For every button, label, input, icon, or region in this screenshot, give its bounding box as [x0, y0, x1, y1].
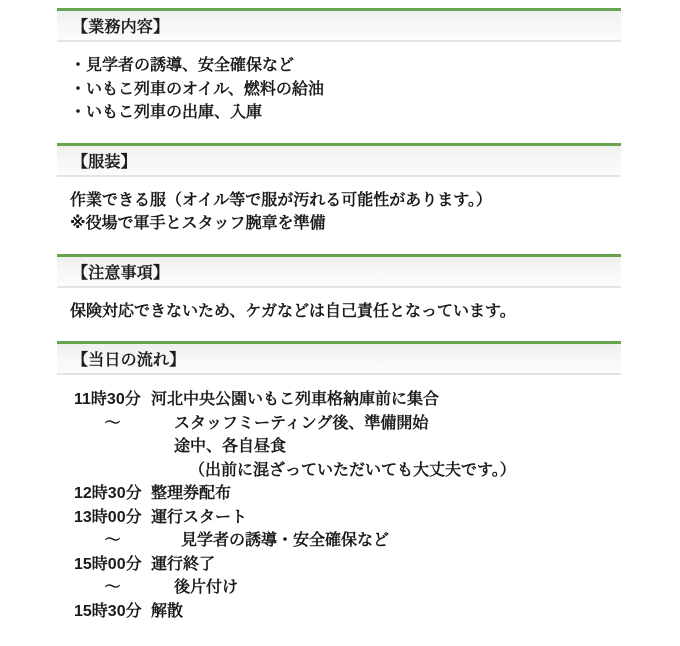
schedule-text: （出前に混ざっていただいても大丈夫です。） — [189, 459, 516, 483]
section-schedule-header: 【当日の流れ】 — [57, 341, 621, 375]
schedule-text: 運行終了 — [151, 553, 215, 577]
schedule-text: 解散 — [151, 600, 183, 624]
schedule-row: 11時30分 河北中央公園いもこ列車格納庫前に集合 — [74, 388, 621, 412]
schedule-row: 15時30分 解散 — [74, 600, 621, 624]
schedule-row: ～ 見学者の誘導・安全確保など — [74, 529, 621, 553]
schedule-time — [74, 459, 151, 483]
schedule-row: 12時30分 整理券配布 — [74, 482, 621, 506]
section-duties-body: ・見学者の誘導、安全確保など ・いもこ列車のオイル、燃料の給油 ・いもこ列車の出… — [57, 42, 621, 143]
section-clothing-header: 【服装】 — [57, 143, 621, 177]
section-clothing: 【服装】 作業できる服（オイル等で服が汚れる可能性があります。） ※役場で軍手と… — [57, 143, 621, 254]
schedule-row: 途中、各自昼食 — [74, 435, 621, 459]
section-cautions-header: 【注意事項】 — [57, 254, 621, 288]
section-cautions: 【注意事項】 保険対応できないため、ケガなどは自己責任となっています。 — [57, 254, 621, 342]
schedule-time: ～ — [74, 529, 151, 553]
section-duties: 【業務内容】 ・見学者の誘導、安全確保など ・いもこ列車のオイル、燃料の給油 ・… — [57, 8, 621, 143]
schedule-time: 15時00分 — [74, 553, 151, 577]
body-line: 保険対応できないため、ケガなどは自己責任となっています。 — [70, 300, 621, 324]
schedule-text: 運行スタート — [151, 506, 247, 530]
schedule-text: 途中、各自昼食 — [174, 435, 286, 459]
section-schedule: 【当日の流れ】 11時30分 河北中央公園いもこ列車格納庫前に集合 ～ スタッフ… — [57, 341, 621, 646]
section-schedule-body: 11時30分 河北中央公園いもこ列車格納庫前に集合 ～ スタッフミーティング後、… — [57, 375, 621, 646]
schedule-row: （出前に混ざっていただいても大丈夫です。） — [74, 459, 621, 483]
schedule-time: 12時30分 — [74, 482, 151, 506]
section-title: 【当日の流れ】 — [72, 347, 185, 370]
schedule-row: 15時00分 運行終了 — [74, 553, 621, 577]
section-title: 【服装】 — [72, 149, 137, 172]
section-title: 【業務内容】 — [72, 14, 169, 37]
schedule-time: ～ — [74, 412, 151, 436]
bullet-item: ・いもこ列車のオイル、燃料の給油 — [70, 78, 621, 102]
page: 【業務内容】 ・見学者の誘導、安全確保など ・いもこ列車のオイル、燃料の給油 ・… — [0, 0, 621, 646]
body-line: 作業できる服（オイル等で服が汚れる可能性があります。） — [70, 189, 621, 213]
section-clothing-body: 作業できる服（オイル等で服が汚れる可能性があります。） ※役場で軍手とスタッフ腕… — [57, 177, 621, 254]
schedule-time: 15時30分 — [74, 600, 151, 624]
schedule-time: ～ — [74, 576, 151, 600]
schedule-text: 河北中央公園いもこ列車格納庫前に集合 — [151, 388, 439, 412]
section-title: 【注意事項】 — [72, 260, 169, 283]
schedule-text: 見学者の誘導・安全確保など — [181, 529, 389, 553]
schedule-time: 11時30分 — [74, 388, 151, 412]
bullet-item: ・いもこ列車の出庫、入庫 — [70, 101, 621, 125]
schedule-time — [74, 435, 151, 459]
body-line: ※役場で軍手とスタッフ腕章を準備 — [70, 212, 621, 236]
schedule-text: 整理券配布 — [151, 482, 231, 506]
schedule-time: 13時00分 — [74, 506, 151, 530]
section-duties-header: 【業務内容】 — [57, 8, 621, 42]
schedule-text: 後片付け — [174, 576, 238, 600]
schedule-text: スタッフミーティング後、準備開始 — [174, 412, 428, 436]
section-cautions-body: 保険対応できないため、ケガなどは自己責任となっています。 — [57, 288, 621, 342]
schedule-row: 13時00分 運行スタート — [74, 506, 621, 530]
bullet-item: ・見学者の誘導、安全確保など — [70, 54, 621, 78]
schedule-row: ～ 後片付け — [74, 576, 621, 600]
schedule-row: ～ スタッフミーティング後、準備開始 — [74, 412, 621, 436]
